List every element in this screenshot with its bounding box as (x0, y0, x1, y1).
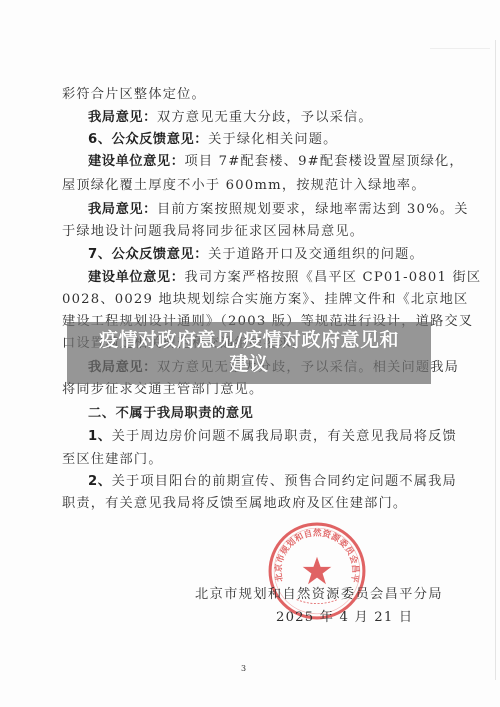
line-text: 关于周边房价问题不属我局职责，有关意见我局将反馈 (112, 429, 457, 444)
line-label: 我局意见： (88, 202, 157, 217)
section-heading-text: 二、不属于我局职责的意见 (88, 406, 253, 421)
line-label: 1、 (88, 429, 112, 444)
line-label: 6、公众反馈意见： (88, 132, 208, 147)
line-label: 建设单位意见： (88, 270, 185, 285)
page-edge-line (495, 40, 496, 680)
text-line: 建设单位意见：我司方案严格按照《昌平区 CP01-0801 街区 (88, 269, 434, 287)
text-line: 建设单位意见：项目 7#配套楼、9#配套楼设置屋顶绿化， (88, 153, 434, 171)
scan-artifact (430, 48, 490, 49)
line-text: 至区住建部门。 (62, 452, 163, 467)
section-heading: 二、不属于我局职责的意见 (88, 405, 434, 423)
line-text: 屋顶绿化覆土厚度不小于 600mm，按规范计入绿地率。 (62, 178, 426, 193)
line-text: 将同步征求交通主管部门意见。 (62, 382, 263, 397)
issue-date: 2025 年 4 月 21 日 (276, 606, 413, 625)
text-line: 7、公众反馈意见：关于道路开口及交通组织的问题。 (88, 246, 434, 264)
text-line: 屋顶绿化覆土厚度不小于 600mm，按规范计入绿地率。 (62, 177, 434, 195)
line-text: 目前方案按照规划要求，绿地率需达到 30%。关 (157, 202, 469, 217)
line-text: 于绿地设计问题我局将同步征求区园林局意见。 (62, 224, 364, 239)
text-line: 职责，有关意见我局将反馈至属地政府及区住建部门。 (62, 495, 434, 513)
text-line: 6、公众反馈意见：关于绿化相关问题。 (88, 131, 434, 149)
line-text: 关于道路开口及交通组织的问题。 (208, 247, 424, 262)
text-line: 2、关于项目阳台的前期宣传、预售合同约定问题不属我局 (88, 473, 434, 491)
text-line: 0028、0029 地块规划综合实施方案》、挂牌文件和《北京地区 (62, 291, 434, 309)
document-page: 彩符合片区整体定位。 我局意见：双方意见无重大分歧，予以采信。 6、公众反馈意见… (0, 0, 500, 707)
text-line: 1、关于周边房价问题不属我局职责，有关意见我局将反馈 (88, 428, 434, 446)
line-text: 关于绿化相关问题。 (208, 132, 338, 147)
text-line: 至区住建部门。 (62, 451, 434, 469)
line-label: 我局意见： (88, 110, 157, 125)
overlay-title-line-2: 建议 (67, 352, 431, 376)
text-line: 彩符合片区整体定位。 (62, 86, 434, 104)
line-text: 彩符合片区整体定位。 (62, 87, 206, 102)
page-number: 3 (241, 664, 246, 673)
line-text: 关于项目阳台的前期宣传、预售合同约定问题不属我局 (112, 474, 457, 489)
line-text: 我司方案严格按照《昌平区 CP01-0801 街区 (185, 270, 482, 285)
line-text: 双方意见无重大分歧，予以采信。 (157, 110, 373, 125)
issuer-signature: 北京市规划和自然资源委员会昌平分局 (195, 583, 443, 602)
text-line: 我局意见：双方意见无重大分歧，予以采信。 (88, 109, 434, 127)
title-overlay-banner: 疫情对政府意见/疫情对政府意见和 建议 (67, 322, 431, 384)
line-label: 2、 (88, 474, 112, 489)
line-text: 0028、0029 地块规划综合实施方案》、挂牌文件和《北京地区 (62, 292, 468, 307)
line-text: 项目 7#配套楼、9#配套楼设置屋顶绿化， (185, 154, 464, 169)
text-line: 我局意见：目前方案按照规划要求，绿地率需达到 30%。关 (88, 201, 434, 219)
line-label: 建设单位意见： (88, 154, 185, 169)
line-label: 7、公众反馈意见： (88, 247, 208, 262)
text-line: 于绿地设计问题我局将同步征求区园林局意见。 (62, 223, 434, 241)
overlay-title: 疫情对政府意见/疫情对政府意见和 建议 (67, 328, 431, 376)
line-text: 职责，有关意见我局将反馈至属地政府及区住建部门。 (62, 496, 407, 511)
overlay-title-line-1: 疫情对政府意见/疫情对政府意见和 (67, 328, 431, 352)
